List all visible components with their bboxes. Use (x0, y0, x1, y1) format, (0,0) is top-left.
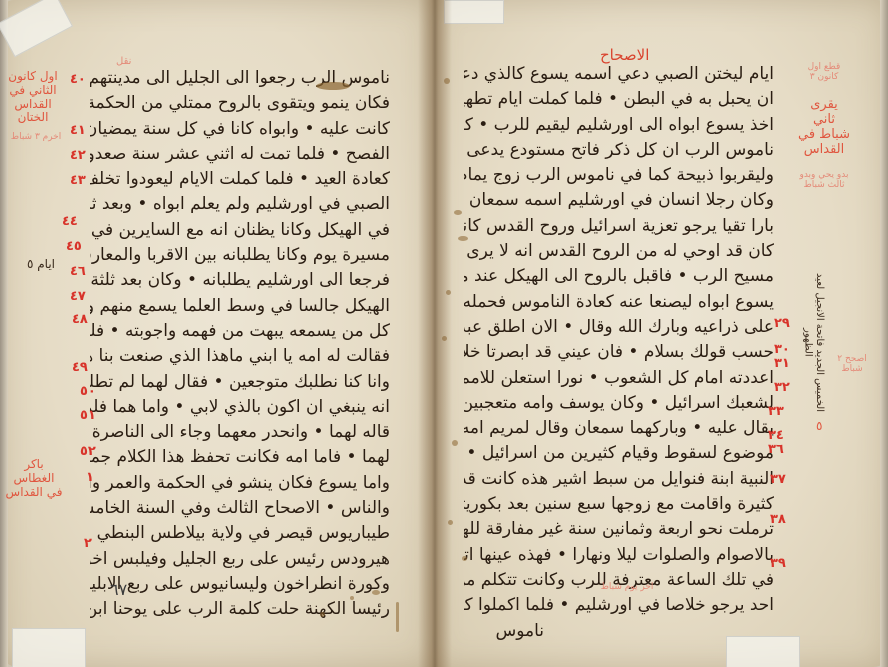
verse-number: ٤٠ (70, 72, 86, 87)
verse-number: ٣٧ (770, 472, 786, 487)
text-line: كثيرة واقامت مع زوجها سبع سنين بعد بكوري… (464, 492, 774, 517)
verse-number: ٣٨ (770, 512, 786, 527)
text-line: حسب قولك بسلام • فان عيني قد ابصرتا خلاص… (464, 340, 774, 365)
verse-number: ١ (86, 470, 94, 485)
verse-number: ٤٧ (70, 289, 86, 304)
folio-mark: ٦٧ (110, 580, 127, 599)
stain (458, 236, 468, 241)
verse-number: ٤٨ (72, 312, 88, 327)
text-line: وليقربوا ذبيحة كما في ناموس الرب زوج يما… (464, 163, 774, 188)
text-line: رئيسا الكهنة حلت كلمة الرب على يوحنا ابن… (90, 597, 390, 622)
right-page-edge (880, 0, 888, 667)
text-line: لشعبك اسرائيل • وكان يوسف وامه متعجبين م… (464, 391, 774, 416)
text-line: انه ينبغي ان اكون بالذي لابي • واما هما … (90, 395, 390, 420)
text-line: فرجعا الى اورشليم يطلبانه • وكان بعد ثلث… (90, 268, 390, 293)
text-line: طيباريوس قيصر في ولاية بيلاطس البنطي على… (90, 521, 390, 546)
text-line: فقالت له امه يا ابني ماهذا الذي صنعت بنا… (90, 344, 390, 369)
text-line: مسيح الرب • فاقبل بالروح الى الهيكل عند … (464, 264, 774, 289)
left-text-block: ناموس الرب رجعوا الى الجليل الى مدينتهم … (90, 66, 390, 623)
right-text-block: ايام ليختن الصبي دعي اسمه يسوع كالذي دعا… (464, 62, 774, 644)
text-line: بالاصوام والصلوات ليلا ونهارا • فهذه عين… (464, 543, 774, 568)
margin-note-end-feb: اخر يوم شباط (592, 582, 662, 592)
text-line: على ذراعيه وبارك الله وقال • الان اطلق ع… (464, 315, 774, 340)
text-line: وكورة انطراخون وليسانيوس على ربع الابلية… (90, 572, 390, 597)
manuscript-spread: نقل اول كانون الثاني في القداس الختان اخ… (0, 0, 888, 667)
stain (462, 556, 467, 561)
verse-number: ٣٩ (770, 556, 786, 571)
stain (372, 590, 380, 595)
text-line: بارا تقيا يرجو تعزية اسرائيل وروح القدس … (464, 214, 774, 239)
text-line: احد يرجو خلاصا في اورشليم • فلما اكملوا … (464, 593, 774, 618)
verse-number: ٤٤ (62, 214, 78, 229)
verse-number: ٤٦ (70, 264, 86, 279)
verse-number: ٣١ (774, 356, 790, 371)
repair-tab-bottom-left (12, 628, 86, 667)
text-line: وانا كنا نطلبك متوجعين • فقال لهما لم تط… (90, 370, 390, 395)
verse-number: ٣٣ (768, 404, 784, 419)
text-line: اخذ يسوع ابواه الى اورشليم ليقيم للرب • … (464, 113, 774, 138)
margin-note-vertical: الخميس الجديد فاتحة الانجيل لعيد الظهور (802, 272, 825, 412)
text-line: ناموس الرب ان كل ذكر فاتح مستودع يدعى قد… (464, 138, 774, 163)
verse-number: ٣٢ (774, 380, 790, 395)
text-line: اعددته امام كل الشعوب • نورا استعلن للام… (464, 366, 774, 391)
verse-number: ٥٠ (80, 384, 96, 399)
text-line: كل من يسمعه يبهت من فهمه واجوبته • فلما … (90, 319, 390, 344)
margin-note-second-feb: اصحح ٢ شباط (832, 354, 872, 375)
text-line: مسيرة يوم وكانا يطلبانه بين الاقربا والم… (90, 243, 390, 268)
text-line: كان قد اوحي له من الروح القدس انه لا يرى… (464, 239, 774, 264)
text-line: واما يسوع فكان ينشو في الحكمة والعمر وال… (90, 471, 390, 496)
text-line: فكان ينمو ويتقوى بالروح ممتلي من الحكمة … (90, 91, 390, 116)
verse-number: ٢٩ (774, 316, 790, 331)
book-gutter (418, 0, 452, 667)
verse-number: ٤٢ (70, 148, 86, 163)
text-line: لهما • فاما امه فكانت تحفظ هذا الكلام جم… (90, 445, 390, 470)
repair-tab-top-right (444, 0, 504, 24)
text-line: ترملت نحو اربعة وثمانين سنة غير مفارقة ل… (464, 517, 774, 542)
text-line: الفصح • فلما تمت له اثني عشر سنة صعدوا ا… (90, 142, 390, 167)
text-line: في الهيكل وكانا يظنان انه مع السايرين في… (90, 218, 390, 243)
margin-note-five: ٥ (816, 420, 822, 434)
repair-tab-top-left (0, 0, 73, 57)
margin-note-days: ايام ٥ (20, 258, 62, 272)
verse-number: ٤٥ (66, 239, 82, 254)
stain (452, 440, 458, 446)
ink-stain (316, 82, 350, 90)
text-line: يسوع ابواه ليصنعا عنه كعادة الناموس فحمل… (464, 290, 774, 315)
margin-note-feb-liturgy: يقرى ثاني شباط في القداس (798, 98, 850, 158)
text-line-last: ناموس (464, 619, 774, 644)
verse-number: ٣٦ (768, 442, 784, 457)
text-line: هيرودس رئيس على ربع الجليل وفيلبس اخوه ع… (90, 547, 390, 572)
stain (320, 612, 325, 617)
text-line: الهيكل جالسا في وسط العلما يسمع منهم ويس… (90, 294, 390, 319)
right-page: الاصحاح ايام ليختن الصبي دعي اسمه يسوع ك… (432, 0, 888, 667)
left-page: نقل اول كانون الثاني في القداس الختان اخ… (0, 0, 432, 667)
margin-note-epiphany: باكر الغطاس في القداس (4, 458, 64, 499)
text-line: ان يحبل به في البطن • فلما كملت ايام تطه… (464, 87, 774, 112)
verse-number: ٤٣ (70, 173, 86, 188)
margin-note-circumcision: اول كانون الثاني في القداس الختان (4, 70, 62, 125)
text-line: والناس • الاصحاح الثالث وفي السنة الخامس… (90, 496, 390, 521)
verse-number: ٣٠ (774, 342, 790, 357)
margin-note-jan: قطع اول كانون ٣ (796, 62, 852, 83)
margin-note-feb: اخرم ٣ شباط (10, 132, 62, 142)
text-line: وكان رجلا انسان في اورشليم اسمه سمعان وك… (464, 188, 774, 213)
verse-number: ٥٢ (80, 444, 96, 459)
stain (350, 596, 354, 600)
text-line: قاله لهما • وانحدر معهما وجاء الى الناصر… (90, 420, 390, 445)
text-line: ايام ليختن الصبي دعي اسمه يسوع كالذي دعا… (464, 62, 774, 87)
text-line: يقال عليه • وباركهما سمعان وقال لمريم ام… (464, 416, 774, 441)
stain (396, 602, 399, 632)
verse-number: ٤١ (70, 123, 86, 138)
verse-number: ٣٤ (768, 428, 784, 443)
verse-number: ٢ (84, 536, 92, 551)
text-line: الصبي في اورشليم ولم يعلم ابواه • وبعد ث… (90, 192, 390, 217)
stain (454, 210, 462, 215)
verse-number: ٥١ (80, 408, 96, 423)
text-line: موضوع لسقوط وقيام كثيرين من اسرائيل • وك… (464, 441, 774, 466)
text-line: كعادة العيد • فلما كملت الايام ليعودوا ت… (90, 167, 390, 192)
verse-number: ٤٩ (72, 360, 88, 375)
text-line: كانت عليه • وابواه كانا في كل سنة يمضيان… (90, 117, 390, 142)
margin-note-third-feb: بدو يحي وبدو ثالث شباط (796, 170, 852, 191)
text-line: النبية ابنة فنوايل من سبط اشير هذه كانت … (464, 467, 774, 492)
